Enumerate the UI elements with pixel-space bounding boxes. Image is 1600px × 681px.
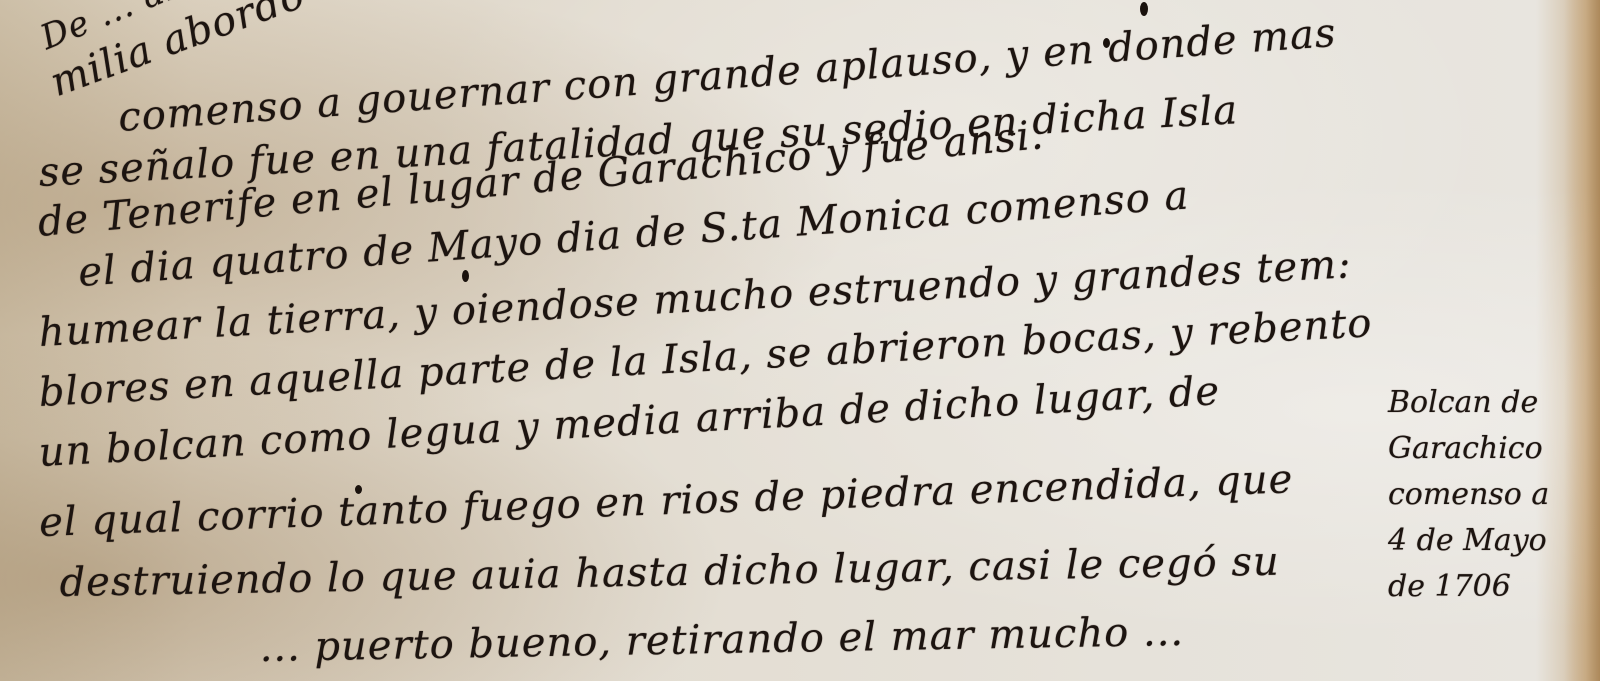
margin-note-line-5: de 1706 (1388, 564, 1578, 610)
margin-note-line-2: Garachico (1388, 426, 1578, 472)
ink-blot (355, 485, 362, 494)
manuscript-line-12: ... puerto bueno, retirando el mar mucho… (259, 609, 1184, 671)
ink-blot (1140, 2, 1148, 16)
margin-note-line-3: comenso a (1388, 472, 1578, 518)
margin-note-line-4: 4 de Mayo (1388, 518, 1578, 564)
manuscript-line-11: destruiendo lo que auia hasta dicho luga… (59, 539, 1280, 606)
ink-blot (1103, 38, 1110, 48)
manuscript-line-10: el qual corrio tanto fuego en rios de pi… (38, 456, 1294, 546)
manuscript-page: De ... ala ... milia abordo del ... nau … (0, 0, 1600, 681)
margin-note-line-1: Bolcan de (1388, 380, 1578, 426)
ink-blot (462, 270, 469, 282)
margin-annotation: Bolcan de Garachico comenso a 4 de Mayo … (1388, 380, 1578, 610)
